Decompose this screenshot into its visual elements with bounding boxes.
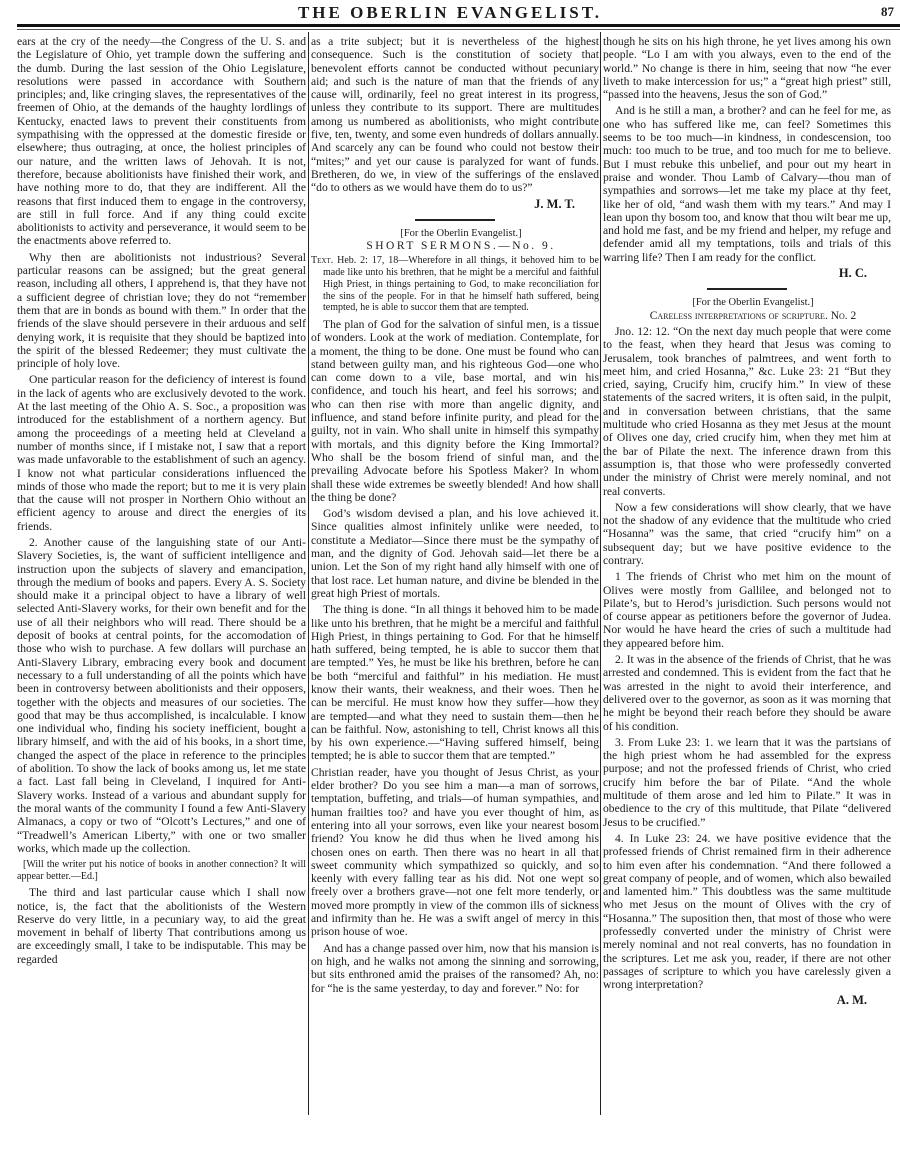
- scripture-text: Text. Heb. 2: 17, 18—Wherefore in all th…: [311, 255, 599, 314]
- paragraph: as a trite subject; but it is neverthele…: [311, 35, 599, 195]
- header-rule-thick: [17, 24, 900, 27]
- article-separator: [415, 219, 495, 221]
- column-divider-2: [600, 32, 601, 1115]
- paragraph: And has a change passed over him, now th…: [311, 942, 599, 995]
- paragraph: 2. It was in the absence of the friends …: [603, 653, 891, 733]
- article-heading: SHORT SERMONS.—No. 9.: [311, 240, 599, 253]
- article-source: [For the Oberlin Evangelist.]: [603, 296, 891, 309]
- paragraph: And is he still a man, a brother? and ca…: [603, 104, 891, 264]
- column-2: as a trite subject; but it is neverthele…: [311, 35, 599, 998]
- scripture-quote: Heb. 2: 17, 18—Wherefore in all things, …: [323, 255, 599, 313]
- header-rule-thin: [17, 29, 900, 30]
- newspaper-title: THE OBERLIN EVANGELIST.: [0, 3, 900, 23]
- paragraph: 4. In Luke 23: 24. we have positive evid…: [603, 832, 891, 992]
- paragraph: One particular reason for the deficiency…: [17, 373, 306, 533]
- paragraph: Now a few considerations will show clear…: [603, 501, 891, 567]
- column-divider-1: [308, 32, 309, 1115]
- paragraph: The thing is done. “In all things it beh…: [311, 603, 599, 763]
- paragraph: The third and last particular cause whic…: [17, 886, 306, 966]
- paragraph: ears at the cry of the needy—the Congres…: [17, 35, 306, 248]
- paragraph: Christian reader, have you thought of Je…: [311, 766, 599, 939]
- signature-jmt: J. M. T.: [311, 198, 599, 211]
- page-number: 87: [881, 4, 894, 20]
- paragraph: though he sits on his high throne, he ye…: [603, 35, 891, 101]
- paragraph: 2. Another cause of the languishing stat…: [17, 536, 306, 855]
- paragraph: The plan of God for the salvation of sin…: [311, 318, 599, 504]
- paragraph: Why then are abolitionists not industrio…: [17, 251, 306, 371]
- article-source: [For the Oberlin Evangelist.]: [311, 227, 599, 240]
- article-heading: Careless interpretations of scripture. N…: [603, 310, 891, 323]
- paragraph: 3. From Luke 23: 1. we learn that it was…: [603, 736, 891, 829]
- editor-note: [Will the writer put his notice of books…: [17, 859, 306, 882]
- column-1: ears at the cry of the needy—the Congres…: [17, 35, 306, 969]
- paragraph: 1 The friends of Christ who met him on t…: [603, 570, 891, 650]
- text-label: Text.: [311, 255, 333, 266]
- signature-hc: H. C.: [603, 267, 891, 280]
- column-3: though he sits on his high throne, he ye…: [603, 35, 891, 1014]
- article-separator: [707, 288, 787, 290]
- paragraph: Jno. 12: 12. “On the next day much peopl…: [603, 325, 891, 498]
- paragraph: God’s wisdom devised a plan, and his lov…: [311, 507, 599, 600]
- signature-am: A. M.: [603, 994, 891, 1007]
